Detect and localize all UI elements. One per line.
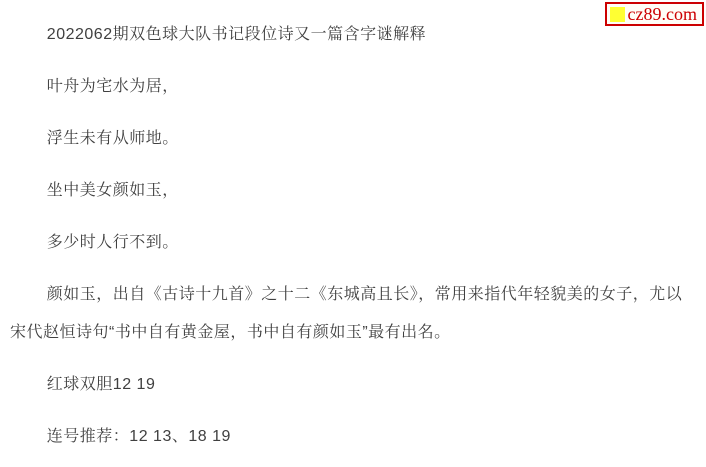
explanation-paragraph: 颜如玉，出自《古诗十九首》之十二《东城高且长》，常用来指代年轻貌美的女子，尤以宋…	[10, 276, 696, 352]
serial-number-recommendation: 连号推荐：12 13、18 19	[10, 418, 696, 456]
logo-text: cz89.com	[628, 5, 697, 23]
site-logo[interactable]: cz89.com	[605, 2, 704, 26]
article-body: 2022062期双色球大队书记段位诗又一篇含字谜解释 叶舟为宅水为居， 浮生未有…	[0, 0, 706, 456]
poem-line-4: 多少时人行不到。	[10, 224, 696, 262]
poem-line-2: 浮生未有从师地。	[10, 120, 696, 158]
poem-line-3: 坐中美女颜如玉，	[10, 172, 696, 210]
red-ball-recommendation: 红球双胆12 19	[10, 366, 696, 404]
logo-yellow-square-icon	[610, 7, 625, 22]
poem-line-1: 叶舟为宅水为居，	[10, 68, 696, 106]
article-page: cz89.com 2022062期双色球大队书记段位诗又一篇含字谜解释 叶舟为宅…	[0, 0, 706, 467]
article-title: 2022062期双色球大队书记段位诗又一篇含字谜解释	[10, 16, 696, 54]
